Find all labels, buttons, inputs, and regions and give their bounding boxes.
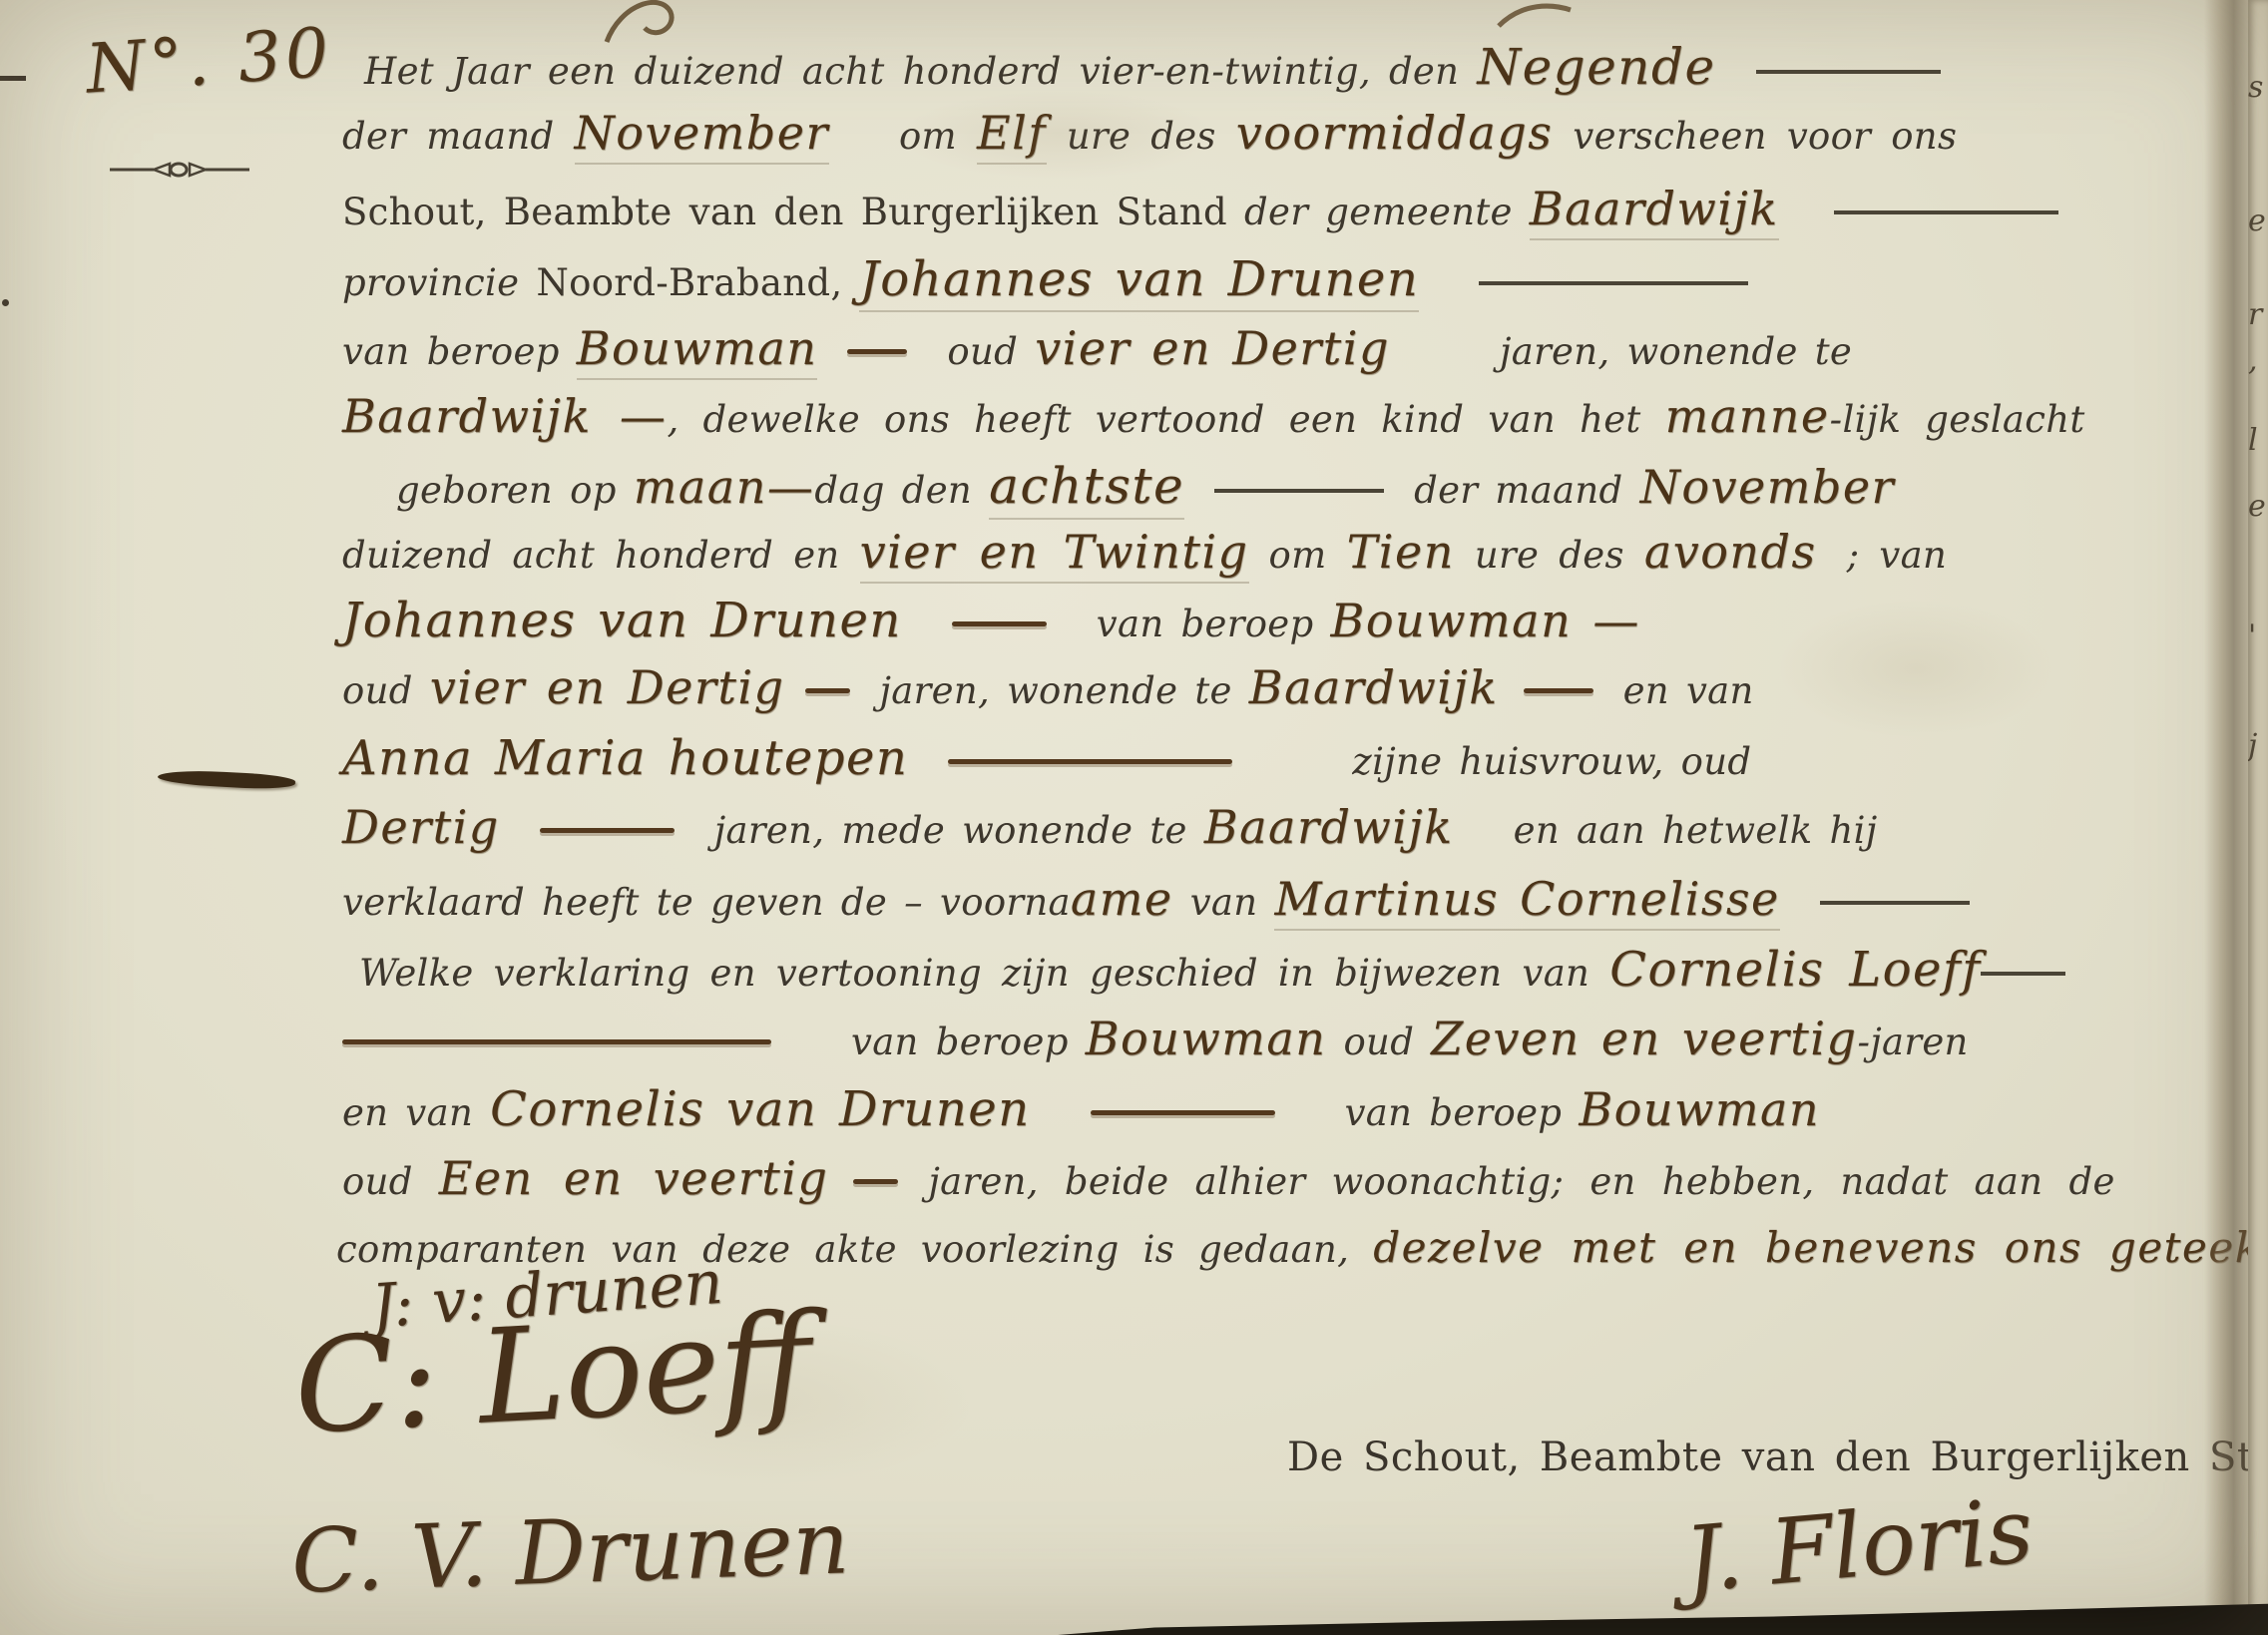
- handwritten-text: November: [1640, 460, 1895, 514]
- edge-text-fragment: s: [2248, 70, 2268, 105]
- handwritten-text: November: [575, 106, 829, 165]
- printed-text: der maand: [1414, 469, 1640, 512]
- signature: C. V. Drunen: [290, 1498, 851, 1605]
- edge-text-fragment: ': [2248, 618, 2268, 653]
- document-line: en van Cornelis van Drunenvan beroep Bou…: [342, 1085, 1820, 1134]
- document-line: Johannes van Drunenvan beroep Bouwman —: [342, 597, 1640, 645]
- handwritten-text: achtste: [989, 457, 1184, 520]
- edge-text-fragment: j: [2248, 728, 2268, 763]
- handwritten-text: maan—: [634, 460, 815, 514]
- printed-text: oud: [342, 669, 430, 712]
- handwritten-text: Bouwman —: [1331, 594, 1640, 647]
- blank-rule: [1214, 489, 1384, 493]
- stray-ink-stroke: [599, 0, 718, 44]
- handwritten-text: Johannes van Drunen: [859, 251, 1419, 312]
- edge-text-fragment: ,: [2248, 343, 2268, 378]
- handwritten-text: Baardwijk: [1249, 660, 1499, 714]
- document-line: provincie Noord-Braband, Johannes van Dr…: [342, 255, 1748, 304]
- handwritten-text: ame: [1071, 872, 1173, 926]
- ink-dash: [540, 828, 675, 833]
- document-line: der maand Novemberom Elf ure des voormid…: [342, 110, 1957, 158]
- ink-dash: [847, 349, 907, 354]
- ink-dash: [1524, 688, 1593, 693]
- printed-text: van beroep: [1097, 603, 1331, 645]
- printed-text: geboren op: [396, 469, 634, 512]
- handwritten-text: Dertig: [342, 800, 500, 854]
- signature: C: Loeff: [291, 1296, 814, 1452]
- scan-edge-artifact: [1058, 1601, 2268, 1635]
- handwritten-text: vier en Twintig: [860, 525, 1249, 584]
- document-line: Het Jaar een duizend acht honderd vier-e…: [364, 42, 1941, 93]
- ink-dash: [1091, 1110, 1275, 1115]
- printed-text: ; van: [1847, 534, 1948, 577]
- ink-dash: [805, 688, 850, 693]
- printed-text: provincie: [342, 261, 536, 304]
- blank-rule: [1479, 281, 1748, 285]
- printed-text: ure des: [1455, 534, 1644, 577]
- edge-text-fragment: l: [2248, 423, 2268, 458]
- printed-text: Noord-Braband,: [536, 261, 859, 304]
- margin-ink-stroke: [158, 768, 296, 790]
- printed-text: jaren, wonende te: [880, 669, 1249, 712]
- printed-text: oud: [342, 1160, 439, 1203]
- printed-text: , dewelke ons heeft vertoond een kind va…: [667, 398, 1664, 441]
- document-page: N°. 30 Het Jaar een duizend acht honderd…: [0, 0, 2268, 1635]
- printed-text: van: [1173, 881, 1275, 924]
- scan-edge-artifact: [0, 76, 26, 81]
- handwritten-text: Baardwijk —: [342, 389, 667, 443]
- printed-text: verklaard heeft te geven de – voorna: [342, 881, 1071, 924]
- handwritten-text: dezelve met en benevens ons geteekend: [1373, 1223, 2268, 1272]
- ink-dash: [853, 1179, 898, 1184]
- ink-dash: [948, 759, 1232, 764]
- printed-text: jaren, mede wonende te: [714, 809, 1204, 852]
- printed-text: van beroep: [342, 330, 577, 373]
- printed-text: jaren, wonende te: [1500, 330, 1852, 373]
- paper-stain: [1776, 599, 2055, 738]
- handwritten-text: Cornelis van Drunen: [490, 1081, 1030, 1137]
- handwritten-text: Baardwijk: [1204, 800, 1454, 854]
- printed-text: Schout, Beambte van den Burgerlijken Sta…: [342, 191, 1244, 233]
- edge-text-fragment: e: [2248, 489, 2268, 524]
- document-line: geboren op maan—dag den achtsteder maand…: [396, 461, 1895, 512]
- handwritten-text: Bouwman: [1086, 1012, 1327, 1065]
- document-line: duizend acht honderd en vier en Twintig …: [342, 529, 1947, 577]
- handwritten-text: Bouwman: [577, 321, 818, 380]
- handwritten-text: voormiddags: [1236, 106, 1554, 160]
- handwritten-text: Negende: [1477, 38, 1715, 96]
- printed-text: der maand: [342, 115, 575, 158]
- handwritten-text: Zeven en veertig: [1431, 1012, 1857, 1065]
- handwritten-text: Johannes van Drunen: [342, 593, 902, 648]
- handwritten-text: Elf: [977, 106, 1047, 165]
- signature: J. Floris: [1681, 1486, 2037, 1606]
- document-line: verklaard heeft te geven de – voornaame …: [342, 876, 1970, 924]
- printed-text: dag den: [814, 469, 989, 512]
- document-line: Baardwijk —, dewelke ons heeft vertoond …: [342, 393, 2085, 441]
- handwritten-text: Tien: [1347, 525, 1455, 579]
- blank-rule: [1834, 210, 2058, 214]
- handwritten-text: Cornelis Loeff: [1609, 942, 1981, 998]
- document-line: oud Een en veertigjaren, beide alhier wo…: [342, 1155, 2115, 1203]
- handwritten-text: Baardwijk: [1530, 182, 1779, 240]
- printed-text: duizend acht honderd en: [342, 534, 860, 577]
- ink-dash: [342, 1039, 771, 1044]
- stray-ink-stroke: [1495, 0, 1575, 28]
- record-number: N°. 30: [84, 13, 335, 109]
- divider-ornament-icon: [110, 158, 249, 182]
- printed-text: van beroep: [1345, 1091, 1580, 1134]
- page-gutter: [2204, 0, 2252, 1635]
- handwritten-text: Bouwman: [1579, 1082, 1820, 1136]
- printed-text: om: [1249, 534, 1347, 577]
- printed-text: van beroep: [851, 1021, 1086, 1063]
- official-title: De Schout, Beambte van den Burgerlijken …: [1287, 1434, 2268, 1480]
- facing-page-edge: [2248, 0, 2268, 1635]
- handwritten-text: Anna Maria houtepen: [342, 730, 908, 786]
- edge-text-fragment: r: [2248, 297, 2268, 332]
- printed-text: en aan hetwelk hij: [1514, 809, 1878, 852]
- printed-text: Welke verklaring en vertooning zijn gesc…: [359, 952, 1609, 995]
- printed-text: verscheen voor ons: [1553, 115, 1957, 158]
- printed-text: en van: [1623, 669, 1754, 712]
- handwritten-text: vier en Dertig: [1035, 321, 1390, 375]
- printed-text: der gemeente: [1244, 191, 1530, 233]
- handwritten-text: Martinus Cornelisse: [1274, 872, 1779, 931]
- blank-rule: [1981, 972, 2065, 976]
- handwritten-text: vier en Dertig: [430, 660, 785, 714]
- document-line: Anna Maria houtepenzijne huisvrouw, oud: [342, 734, 1751, 783]
- printed-text: -jaren: [1857, 1021, 1968, 1063]
- printed-text: en van: [342, 1091, 490, 1134]
- blank-rule: [1756, 70, 1941, 74]
- printed-text: om: [899, 115, 977, 158]
- printed-text: jaren, beide alhier woonachtig; en hebbe…: [928, 1160, 2114, 1203]
- printed-text: -lijk geslacht: [1830, 398, 2085, 441]
- blank-rule: [1820, 901, 1970, 905]
- document-line: Dertigjaren, mede wonende te Baardwijken…: [342, 804, 1878, 852]
- printed-text: ure des: [1047, 115, 1236, 158]
- printed-text: zijne huisvrouw, oud: [1352, 740, 1751, 783]
- scan-edge-artifact: [2, 299, 9, 306]
- printed-text: oud: [947, 330, 1035, 373]
- printed-text: Het Jaar een duizend acht honderd vier-e…: [364, 50, 1477, 93]
- ink-dash: [952, 621, 1047, 626]
- document-line: Welke verklaring en vertooning zijn gesc…: [359, 946, 2065, 995]
- printed-text: oud: [1326, 1021, 1431, 1063]
- document-line: van beroep Bouwmanoud vier en Dertigjare…: [342, 325, 1852, 373]
- document-line: van beroep Bouwman oud Zeven en veertig-…: [342, 1016, 1969, 1063]
- handwritten-text: manne: [1665, 389, 1830, 443]
- handwritten-text: avonds: [1644, 525, 1817, 579]
- edge-text-fragment: e: [2248, 204, 2268, 238]
- handwritten-text: Een en veertig: [439, 1151, 829, 1205]
- document-line: oud vier en Dertigjaren, wonende te Baar…: [342, 664, 1754, 712]
- document-line: Schout, Beambte van den Burgerlijken Sta…: [342, 186, 2058, 233]
